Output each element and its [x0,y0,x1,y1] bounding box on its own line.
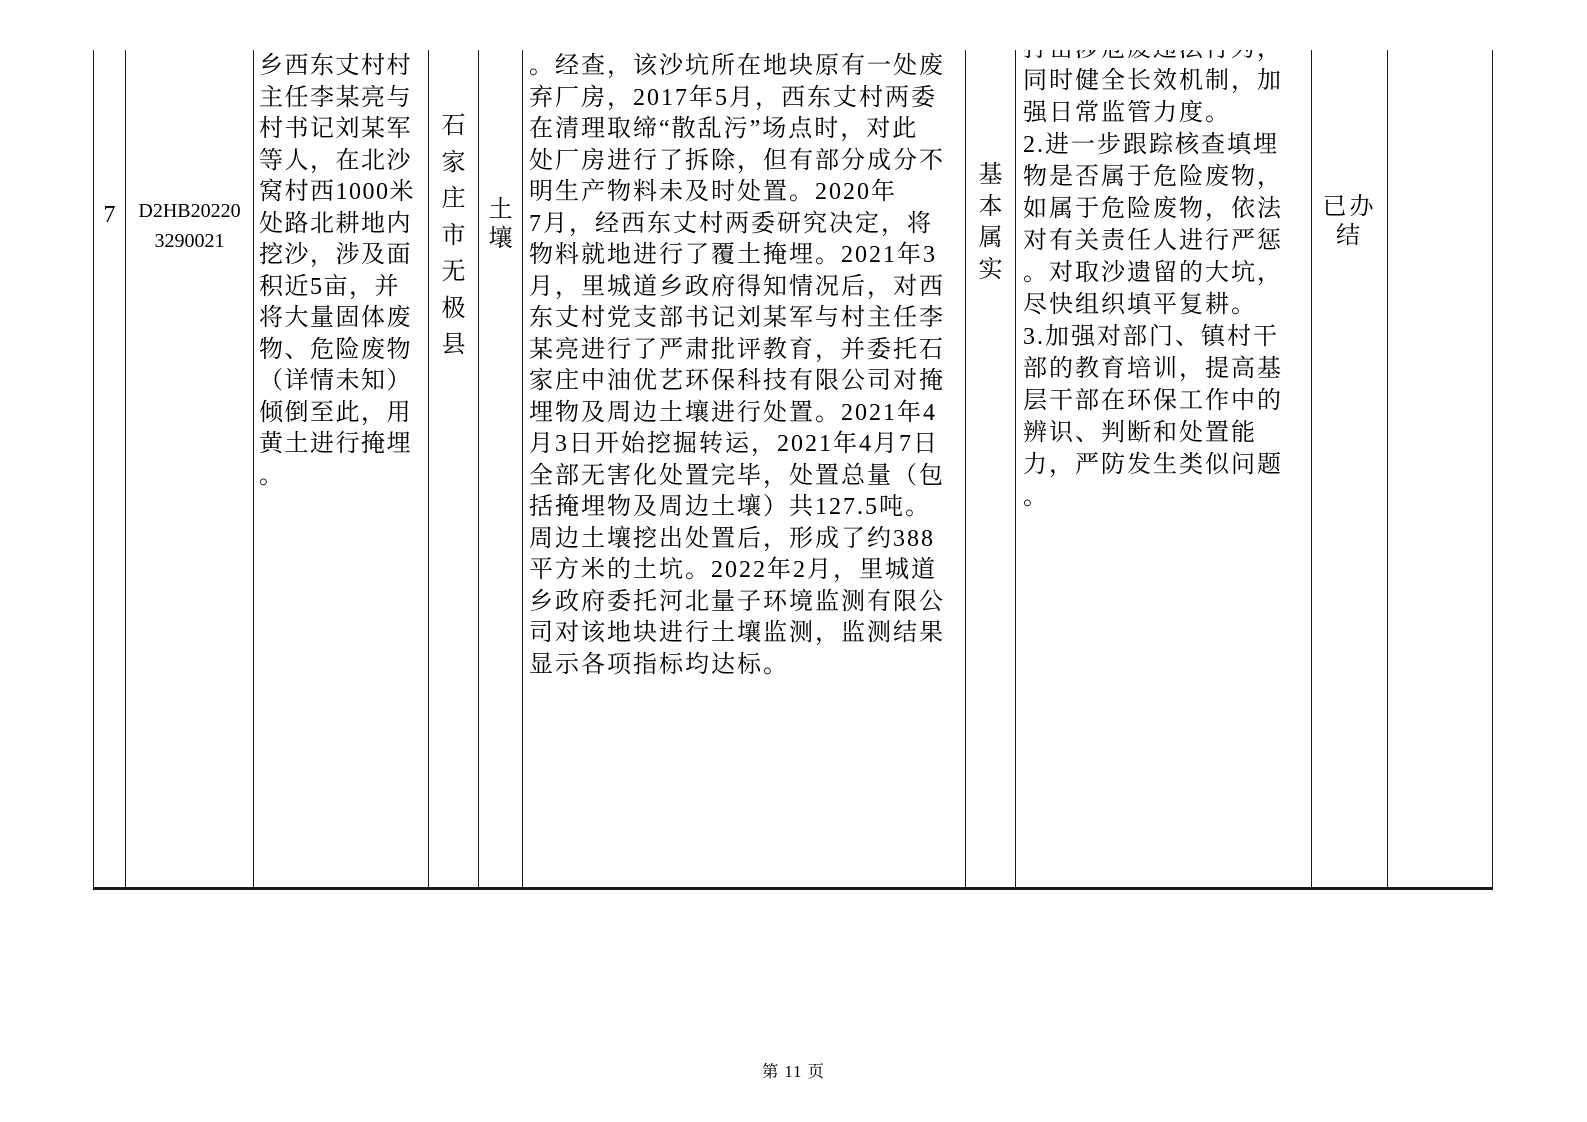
pollution-type-text: 土壤 [489,196,513,253]
verification-text: 基本属实 [979,160,1003,286]
cell-sequence-number: 7 [93,50,125,887]
case-status-text: 已办结 [1321,193,1379,251]
document-page: 7 D2HB20220 3290021 乡西东丈村村 主任李某亮与 村书记刘某军… [0,0,1587,1122]
sequence-number: 7 [104,202,116,228]
page-footer: 第 11 页 [0,1062,1587,1082]
cell-region: 石家庄市无极县 [428,50,478,887]
cell-case-id: D2HB20220 3290021 [125,50,253,887]
cell-handling-measures: 打击涉危废违法行为， 同时健全长效机制，加 强日常监管力度。 2.进一步跟踪核查… [1015,50,1311,887]
handling-measures-text: 打击涉危废违法行为， 同时健全长效机制，加 强日常监管力度。 2.进一步跟踪核查… [1016,50,1311,513]
cell-case-status: 已办结 [1311,50,1387,887]
cell-investigation-details: 。经查，该沙坑所在地块原有一处废 弃厂房，2017年5月，西东丈村两委 在清理取… [522,50,965,887]
cell-complaint-summary: 乡西东丈村村 主任李某亮与 村书记刘某军 等人，在北沙 窝村西1000米 处路北… [253,50,428,887]
region-text: 石家庄市无极县 [442,108,466,364]
cases-table: 7 D2HB20220 3290021 乡西东丈村村 主任李某亮与 村书记刘某军… [93,50,1493,890]
cell-accountability-empty [1387,50,1493,887]
cell-verification-result: 基本属实 [965,50,1015,887]
cell-pollution-type: 土壤 [478,50,522,887]
